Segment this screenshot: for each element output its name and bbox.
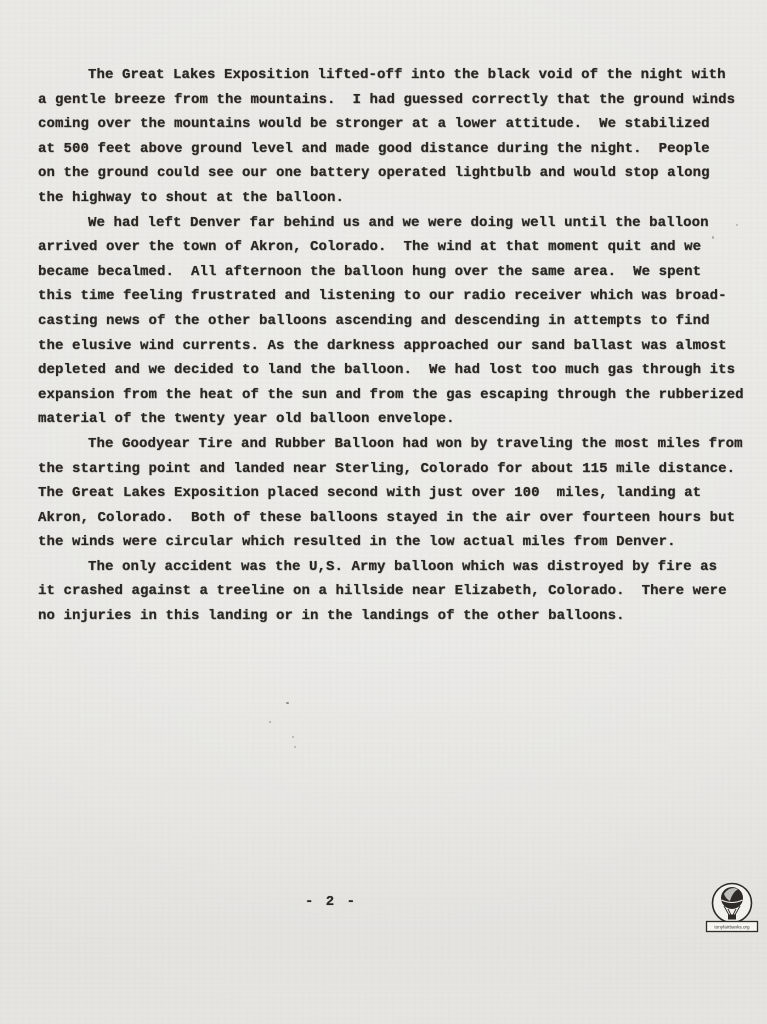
text-line: on the ground could see our one battery …	[38, 161, 740, 186]
text-line: The only accident was the U,S. Army ball…	[38, 555, 740, 580]
scan-speckle	[530, 390, 532, 392]
scan-speckle	[736, 224, 738, 226]
text-line: casting news of the other balloons ascen…	[38, 309, 740, 334]
paragraph: We had left Denver far behind us and we …	[38, 211, 740, 432]
text-line: expansion from the heat of the sun and f…	[38, 383, 740, 408]
text-line: the highway to shout at the balloon.	[38, 186, 740, 211]
text-line: it crashed against a treeline on a hills…	[38, 579, 740, 604]
text-line: Akron, Colorado. Both of these balloons …	[38, 506, 740, 531]
scan-speckle	[269, 721, 271, 723]
text-line: material of the twenty year old balloon …	[38, 407, 740, 432]
text-line: became becalmed. All afternoon the ballo…	[38, 260, 740, 285]
scanned-page: The Great Lakes Exposition lifted-off in…	[0, 0, 767, 1024]
paragraph: The Great Lakes Exposition lifted-off in…	[38, 63, 740, 211]
typewritten-text: The Great Lakes Exposition lifted-off in…	[38, 63, 740, 629]
text-line: no injuries in this landing or in the la…	[38, 604, 740, 629]
scan-speckle	[292, 736, 294, 738]
text-line: We had left Denver far behind us and we …	[38, 211, 740, 236]
text-line: depleted and we decided to land the ball…	[38, 358, 740, 383]
hot-air-balloon-logo: tonyfairbanks.org	[704, 881, 760, 933]
text-line: the starting point and landed near Sterl…	[38, 457, 740, 482]
text-line: The Great Lakes Exposition lifted-off in…	[38, 63, 740, 88]
text-line: arrived over the town of Akron, Colorado…	[38, 235, 740, 260]
page-number: - 2 -	[305, 894, 357, 910]
text-line: at 500 feet above ground level and made …	[38, 137, 740, 162]
text-line: a gentle breeze from the mountains. I ha…	[38, 88, 740, 113]
paragraph: The Goodyear Tire and Rubber Balloon had…	[38, 432, 740, 555]
text-line: the winds were circular which resulted i…	[38, 530, 740, 555]
text-line: The Great Lakes Exposition placed second…	[38, 481, 740, 506]
text-line: The Goodyear Tire and Rubber Balloon had…	[38, 432, 740, 457]
text-line: this time feeling frustrated and listeni…	[38, 284, 740, 309]
text-line: coming over the mountains would be stron…	[38, 112, 740, 137]
scan-speckle	[286, 702, 289, 704]
watermark-site-text: tonyfairbanks.org	[714, 925, 750, 930]
text-line: the elusive wind currents. As the darkne…	[38, 334, 740, 359]
scan-speckle	[712, 236, 714, 239]
scan-speckle	[294, 746, 296, 748]
balloon-basket	[728, 915, 736, 920]
paragraph: The only accident was the U,S. Army ball…	[38, 555, 740, 629]
